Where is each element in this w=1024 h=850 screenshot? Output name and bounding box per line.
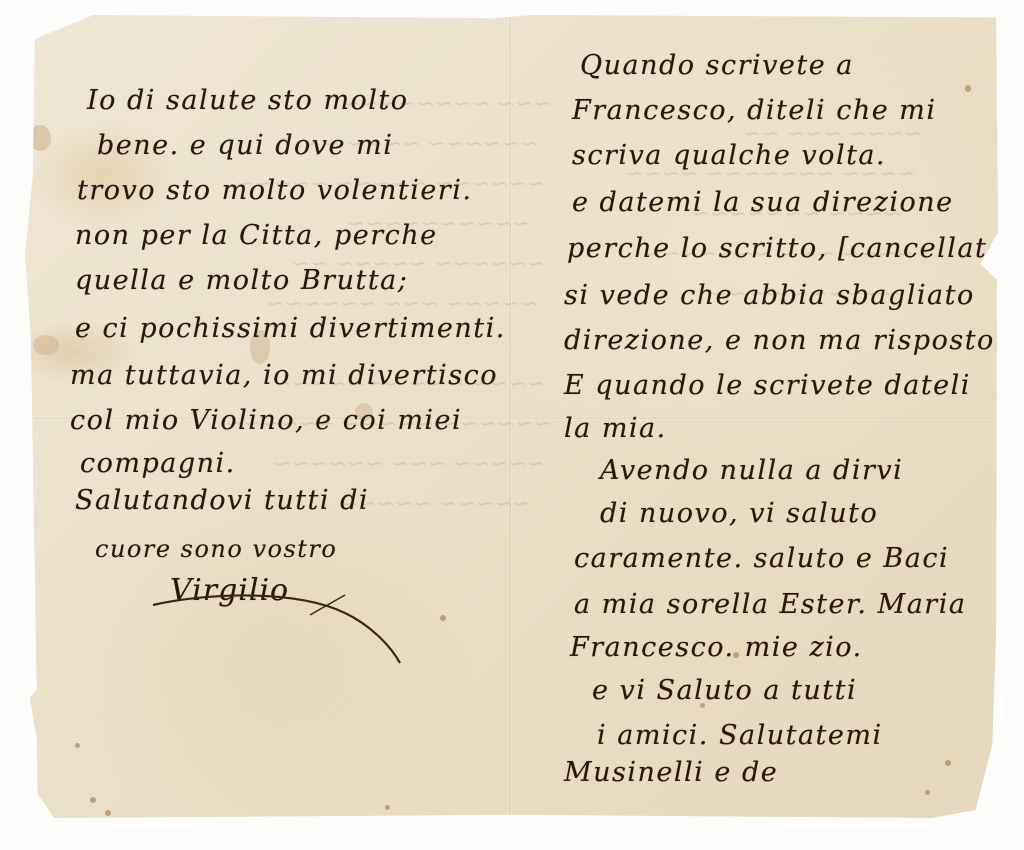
- letter-line: scriva qualche volta.: [572, 140, 886, 171]
- letter-line: Io di salute sto molto: [87, 85, 409, 116]
- letter-line: caramente. saluto e Baci: [574, 543, 949, 574]
- letter-line: direzione, e non ma risposto.: [564, 325, 1004, 356]
- letter-line: a mia sorella Ester. Maria: [574, 589, 966, 620]
- letter-page-right: Quando scrivete a Francesco, diteli che …: [512, 15, 997, 818]
- letter-line: cuore sono vostro: [95, 535, 337, 563]
- letter-line: Francesco. mie zio.: [570, 632, 863, 663]
- letter-line: quella e molto Brutta;: [75, 265, 408, 296]
- letter-line: non per la Citta, perche: [75, 220, 438, 251]
- letter-line: Musinelli e de: [564, 757, 778, 788]
- letter-line: compagni.: [80, 448, 236, 479]
- letter-line: Avendo nulla a dirvi: [600, 455, 903, 486]
- letter-line: bene. e qui dove mi: [97, 130, 393, 161]
- letter-line: perche lo scritto, [cancellato] ma: [567, 233, 1024, 264]
- letter-line: si vede che abbia sbagliato: [564, 280, 975, 311]
- signature-flourish: [145, 585, 405, 665]
- letter-line: ma tuttavia, io mi divertisco: [70, 360, 498, 391]
- letter-line: Salutandovi tutti di: [75, 485, 369, 516]
- letter-line: trovo sto molto volentieri.: [77, 175, 472, 206]
- letter-line: la mia.: [564, 413, 667, 444]
- letter-line: e vi Saluto a tutti: [592, 675, 857, 706]
- letter-line: E quando le scrivete dateli: [564, 370, 971, 401]
- letter-line: Quando scrivete a: [580, 50, 854, 81]
- letter-line: i amici. Salutatemi: [597, 720, 883, 751]
- letter-line: e datemi la sua direzione: [572, 187, 954, 218]
- letter-line: Francesco, diteli che mi: [572, 95, 937, 126]
- letter-page-left: Io di salute sto molto bene. e qui dove …: [25, 15, 510, 818]
- letter-line: e ci pochissimi divertimenti.: [75, 313, 506, 344]
- letter-line: di nuovo, vi saluto: [600, 498, 878, 529]
- scanned-letter: ~~~ ~~~~~~~~ ~~~~~~ ~~~~ ~~ ~~~~~~ ~~~~~…: [0, 0, 1024, 850]
- letter-line: col mio Violino, e coi miei: [70, 405, 462, 436]
- letter-paper: ~~~ ~~~~~~~~ ~~~~~~ ~~~~ ~~ ~~~~~~ ~~~~~…: [25, 15, 1000, 818]
